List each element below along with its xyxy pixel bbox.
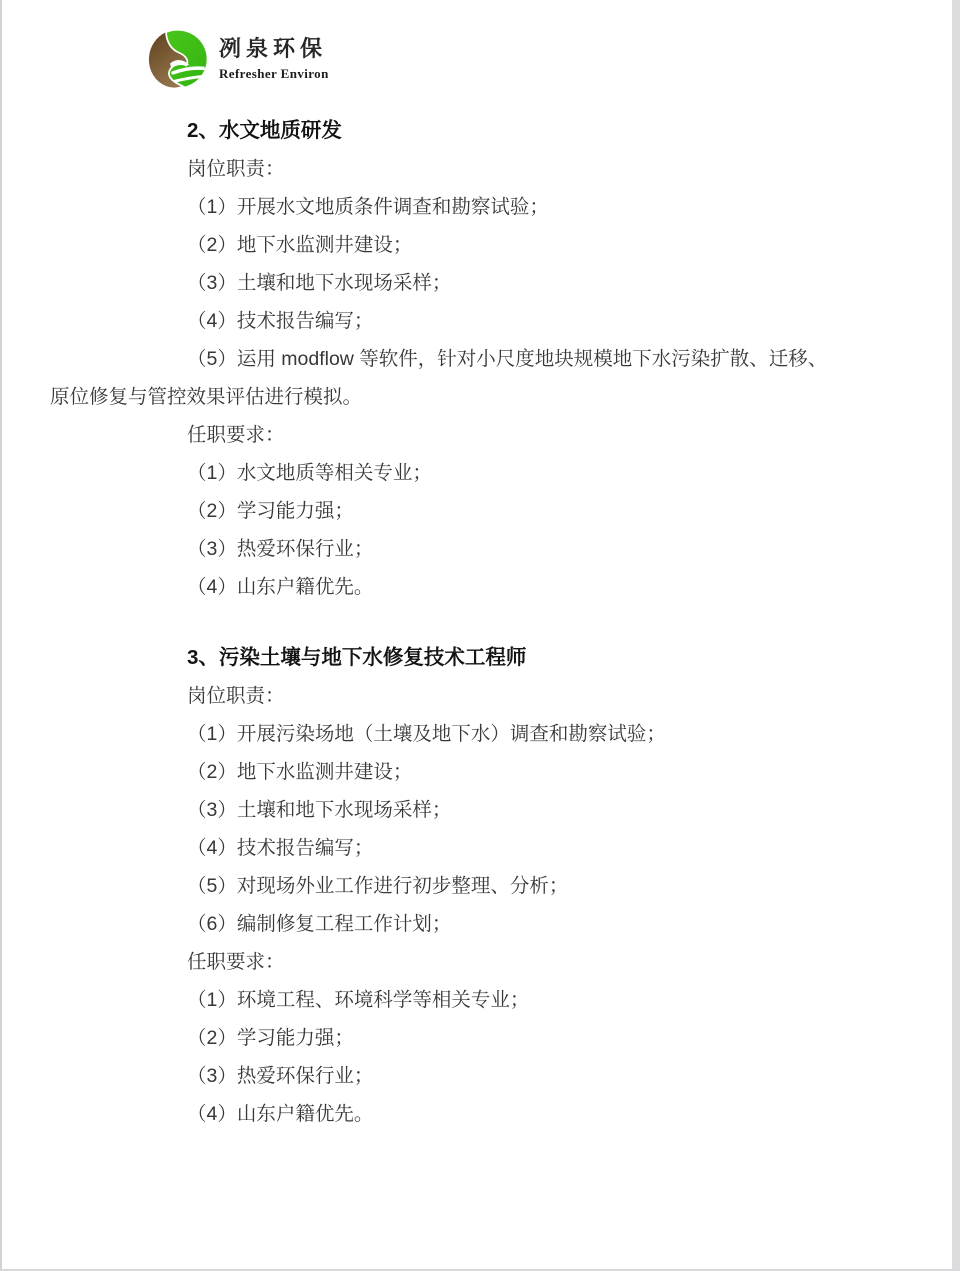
requirement-item: （1）水文地质等相关专业； bbox=[50, 454, 828, 492]
section-soil-groundwater-remediation-engineer: 3、污染土壤与地下水修复技术工程师 岗位职责： （1）开展污染场地（土壤及地下水… bbox=[50, 639, 828, 1133]
duty-item: （5）对现场外业工作进行初步整理、分析； bbox=[50, 867, 828, 905]
duty-item: （3）土壤和地下水现场采样； bbox=[50, 791, 828, 829]
section-hydrogeology-rd: 2、水文地质研发 岗位职责： （1）开展水文地质条件调查和勘察试验； （2）地下… bbox=[50, 112, 828, 606]
requirements-label: 任职要求： bbox=[50, 416, 828, 454]
requirement-item: （4）山东户籍优先。 bbox=[50, 1095, 828, 1133]
duty-item: （1）开展污染场地（土壤及地下水）调查和勘察试验； bbox=[50, 715, 828, 753]
duties-label: 岗位职责： bbox=[50, 150, 828, 188]
duty-item: （2）地下水监测井建设； bbox=[50, 226, 828, 264]
company-logo-icon bbox=[146, 30, 207, 88]
duty-item: （2）地下水监测井建设； bbox=[50, 753, 828, 791]
document-content: 2、水文地质研发 岗位职责： （1）开展水文地质条件调查和勘察试验； （2）地下… bbox=[50, 112, 828, 1133]
brand-name-english: Refresher Environ bbox=[219, 66, 329, 82]
section-heading: 3、污染土壤与地下水修复技术工程师 bbox=[50, 639, 828, 677]
requirement-item: （1）环境工程、环境科学等相关专业； bbox=[50, 981, 828, 1019]
brand-name-chinese: 冽泉环保 bbox=[219, 36, 329, 62]
requirement-item: （4）山东户籍优先。 bbox=[50, 568, 828, 606]
requirement-item: （2）学习能力强； bbox=[50, 1019, 828, 1057]
document-page: 冽泉环保 Refresher Environ 2、水文地质研发 岗位职责： （1… bbox=[0, 0, 960, 1271]
requirements-label: 任职要求： bbox=[50, 943, 828, 981]
duty-item: （1）开展水文地质条件调查和勘察试验； bbox=[50, 188, 828, 226]
duty-item: （5）运用 modflow 等软件，针对小尺度地块规模地下水污染扩散、迁移、原位… bbox=[50, 340, 828, 416]
duty-item: （6）编制修复工程工作计划； bbox=[50, 905, 828, 943]
duty-item: （4）技术报告编写； bbox=[50, 829, 828, 867]
section-heading: 2、水文地质研发 bbox=[50, 112, 828, 150]
company-logo: 冽泉环保 Refresher Environ bbox=[146, 30, 329, 88]
duty-item: （3）土壤和地下水现场采样； bbox=[50, 264, 828, 302]
requirement-item: （3）热爱环保行业； bbox=[50, 530, 828, 568]
duty-item: （4）技术报告编写； bbox=[50, 302, 828, 340]
company-logo-text: 冽泉环保 Refresher Environ bbox=[219, 36, 329, 82]
requirement-item: （2）学习能力强； bbox=[50, 492, 828, 530]
requirement-item: （3）热爱环保行业； bbox=[50, 1057, 828, 1095]
duties-label: 岗位职责： bbox=[50, 677, 828, 715]
